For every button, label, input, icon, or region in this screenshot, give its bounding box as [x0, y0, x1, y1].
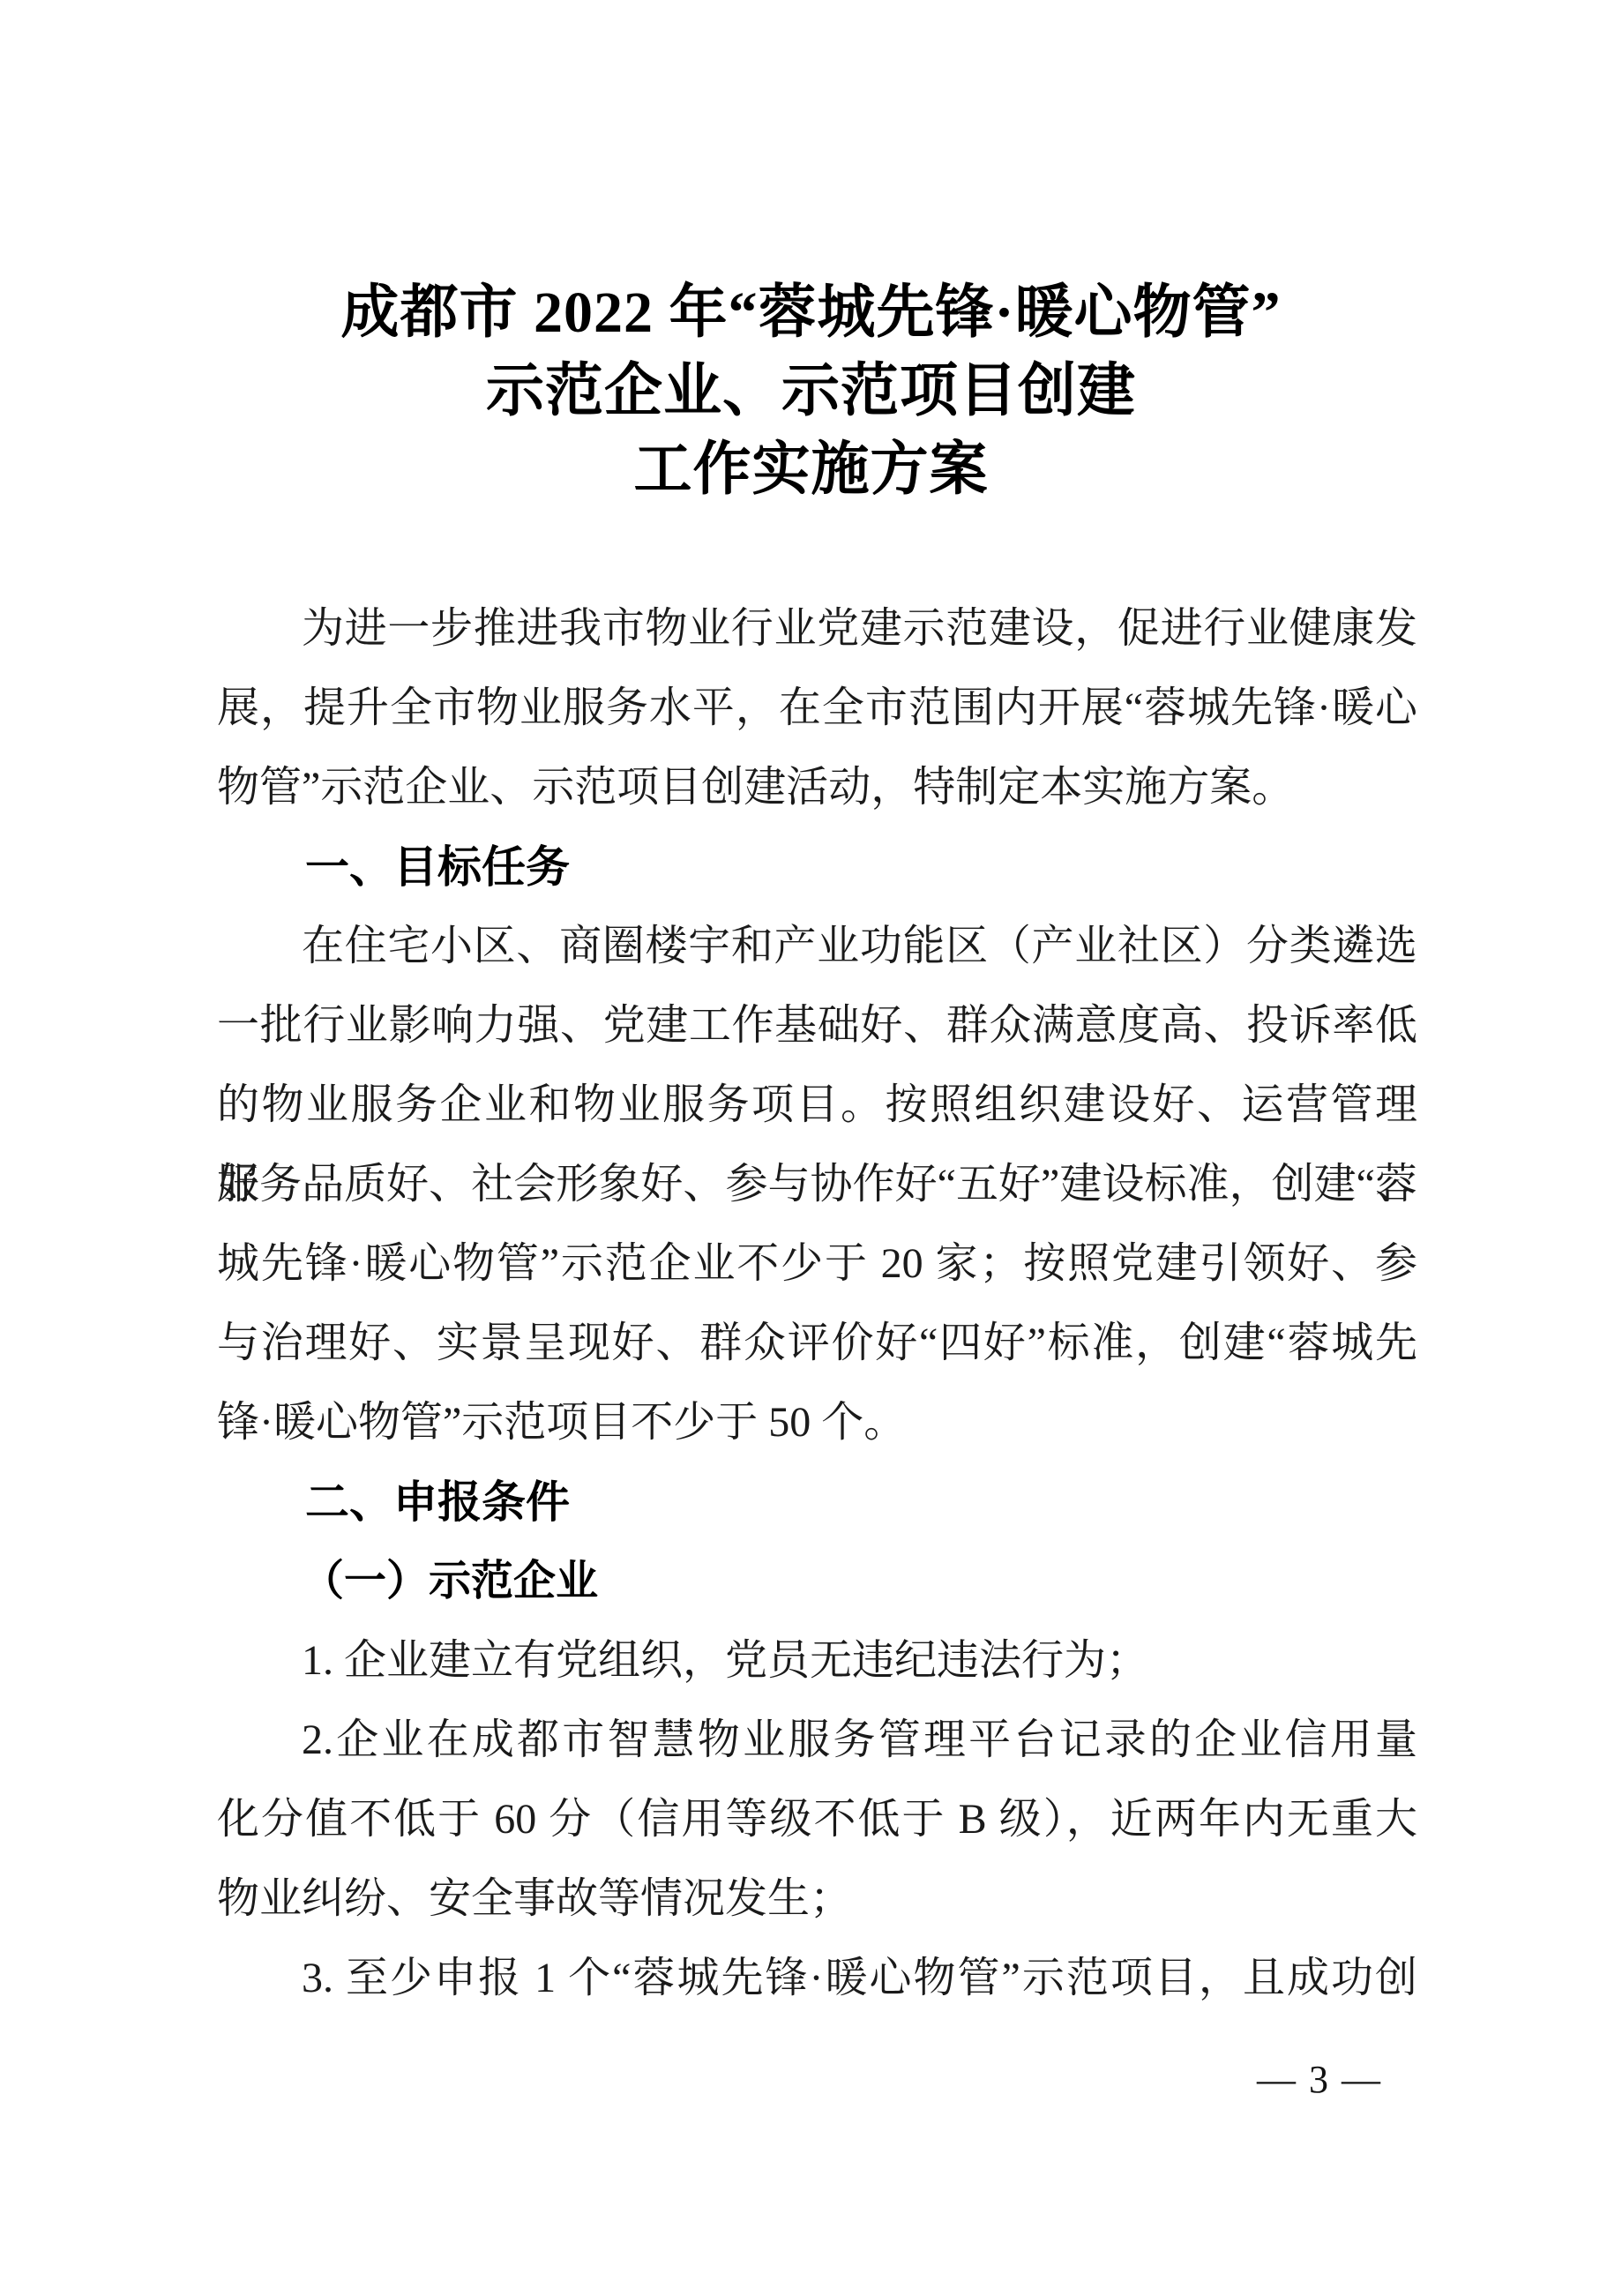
- condition-item-line: 化分值不低于 60 分（信用等级不低于 B 级），近两年内无重大: [217, 1780, 1417, 1859]
- goals-paragraph-line: 在住宅小区、商圈楼宇和产业功能区（产业社区）分类遴选: [217, 907, 1417, 986]
- intro-paragraph-line: 展，提升全市物业服务水平，在全市范围内开展“蓉城先锋·暖心: [217, 669, 1417, 748]
- condition-item-line: 物业纠纷、安全事故等情况发生；: [217, 1859, 1417, 1939]
- intro-paragraph-line: 物管”示范企业、示范项目创建活动，特制定本实施方案。: [217, 748, 1417, 827]
- goals-paragraph-line: 一批行业影响力强、党建工作基础好、群众满意度高、投诉率低: [217, 986, 1417, 1066]
- goals-paragraph-line: 的物业服务企业和物业服务项目。按照组织建设好、运营管理好、: [217, 1066, 1417, 1145]
- page-number: — 3 —: [1257, 2057, 1382, 2103]
- title-line-3: 工作实施方案: [211, 430, 1411, 509]
- document-body: 为进一步推进我市物业行业党建示范建设，促进行业健康发 展，提升全市物业服务水平，…: [217, 589, 1417, 2018]
- goals-paragraph-line: 城先锋·暖心物管”示范企业不少于 20 家；按照党建引领好、参: [217, 1224, 1417, 1304]
- condition-item-line: 2.企业在成都市智慧物业服务管理平台记录的企业信用量: [217, 1701, 1417, 1780]
- condition-item-line: 3. 至少申报 1 个“蓉城先锋·暖心物管”示范项目，且成功创: [217, 1939, 1417, 2018]
- intro-paragraph-line: 为进一步推进我市物业行业党建示范建设，促进行业健康发: [217, 589, 1417, 669]
- condition-item-line: 1. 企业建立有党组织，党员无违纪违法行为；: [217, 1621, 1417, 1701]
- document-title: 成都市 2022 年“蓉城先锋·暖心物管” 示范企业、示范项目创建 工作实施方案: [211, 273, 1411, 509]
- goals-paragraph-line: 锋·暖心物管”示范项目不少于 50 个。: [217, 1383, 1417, 1462]
- title-line-2: 示范企业、示范项目创建: [211, 352, 1411, 430]
- document-page: 成都市 2022 年“蓉城先锋·暖心物管” 示范企业、示范项目创建 工作实施方案…: [0, 0, 1622, 2296]
- title-line-1: 成都市 2022 年“蓉城先锋·暖心物管”: [211, 273, 1411, 352]
- subsection-heading-enterprise: （一）示范企业: [217, 1542, 1417, 1621]
- goals-paragraph-line: 与治理好、实景呈现好、群众评价好“四好”标准，创建“蓉城先: [217, 1304, 1417, 1383]
- section-heading-conditions: 二、申报条件: [217, 1462, 1417, 1542]
- section-heading-goals: 一、目标任务: [217, 827, 1417, 907]
- goals-paragraph-line: 服务品质好、社会形象好、参与协作好“五好”建设标准，创建“蓉: [217, 1145, 1417, 1224]
